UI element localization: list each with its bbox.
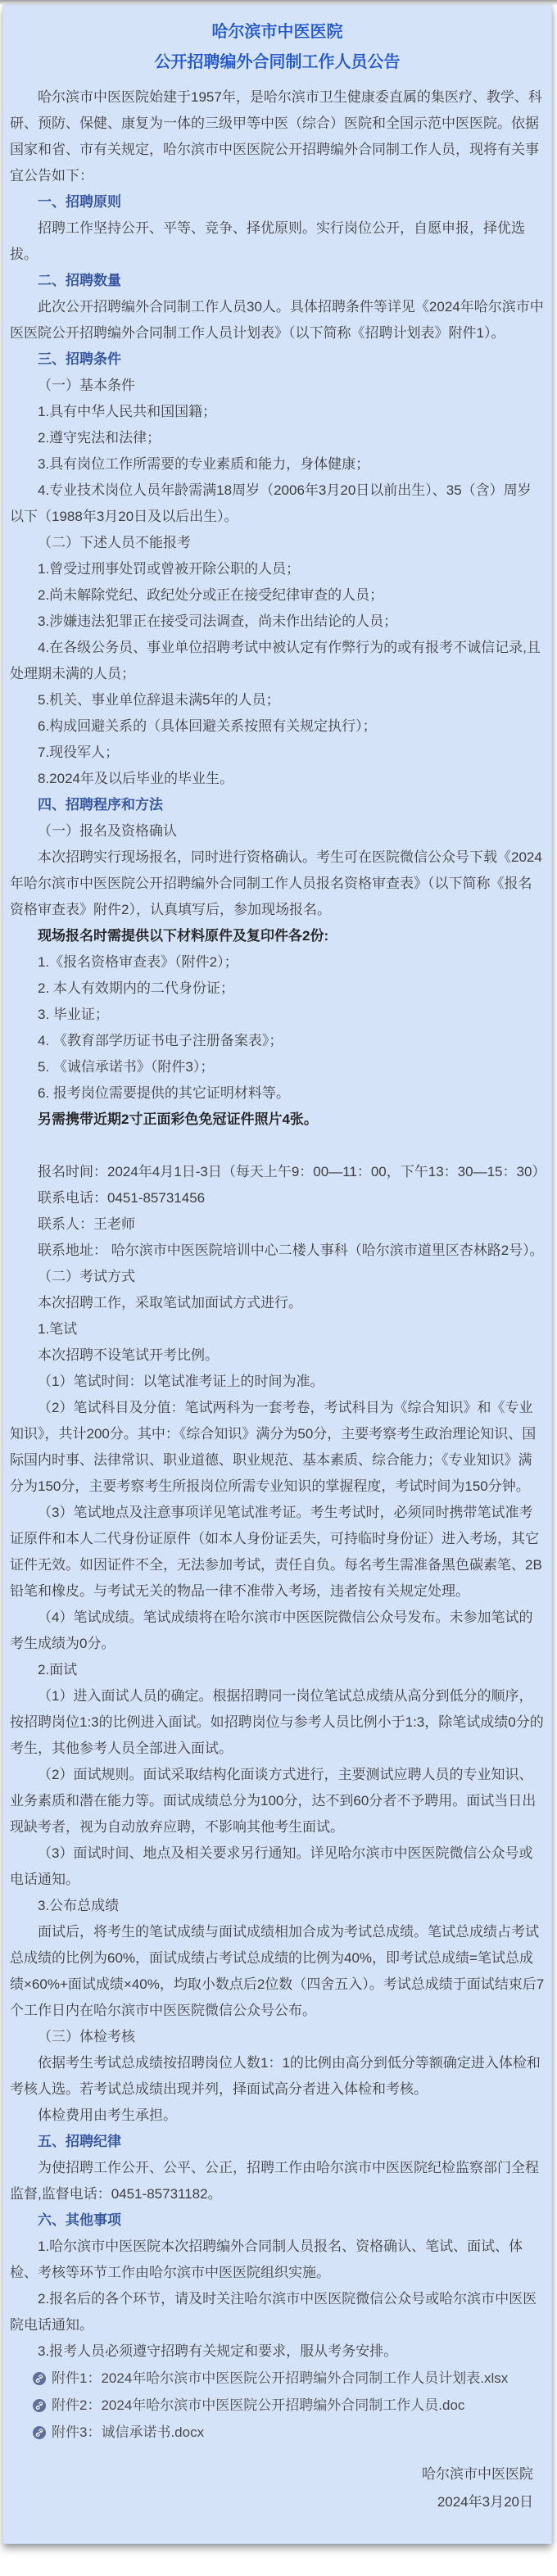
section-heading: 二、招聘数量 bbox=[10, 268, 545, 294]
paragraph: 另需携带近期2寸正面彩色免冠证件照片4张。 bbox=[10, 1107, 545, 1133]
paragraph: 招聘工作坚持公开、平等、竞争、择优原则。实行岗位公开，自愿申报，择优选拔。 bbox=[10, 215, 545, 268]
signature-line: 哈尔滨市中医医院 bbox=[10, 2461, 545, 2488]
paragraph: （1）进入面试人员的确定。根据招聘同一岗位笔试总成绩从高分到低分的顺序，按招聘岗… bbox=[10, 1683, 545, 1762]
paragraph: （2）面试规则。面试采取结构化面谈方式进行，主要测试应聘人员的专业知识、业务素质… bbox=[10, 1762, 545, 1840]
paragraph: 体检费用由考生承担。 bbox=[10, 2103, 545, 2129]
paragraph: 2.尚未解除党纪、政纪处分或正在接受纪律审查的人员； bbox=[10, 582, 545, 609]
section-heading: 四、招聘程序和方法 bbox=[10, 792, 545, 818]
paragraph: 2.报名后的各个环节，请及时关注哈尔滨市中医医院微信公众号或哈尔滨市中医医院电话… bbox=[10, 2286, 545, 2338]
paragraph: 1.曾受过刑事处罚或曾被开除公职的人员； bbox=[10, 556, 545, 582]
paragraph: 为使招聘工作公开、公平、公正，招聘工作由哈尔滨市中医医院纪检监察部门全程监督,监… bbox=[10, 2155, 545, 2207]
paragraph: 3.报考人员必须遵守招聘有关规定和要求，服从考务安排。 bbox=[10, 2338, 545, 2365]
attachment-link-icon bbox=[33, 2426, 46, 2439]
attachment-link[interactable]: 附件3：诚信承诺书.docx bbox=[33, 2419, 545, 2446]
paragraph: 现场报名时需提供以下材料原件及复印件各2份: bbox=[10, 923, 545, 949]
paragraph: 面试后，将考生的笔试成绩与面试成绩相加合成为考试总成绩。笔试总成绩占考试总成绩的… bbox=[10, 1919, 545, 2024]
signature-line: 2024年3月20日 bbox=[10, 2488, 545, 2516]
paragraph: 本次招聘不设笔试开考比例。 bbox=[10, 1342, 545, 1369]
paragraph: 6. 报考岗位需要提供的其它证明材料等。 bbox=[10, 1080, 545, 1107]
paragraph: （1）笔试时间：以笔试准考证上的时间为准。 bbox=[10, 1369, 545, 1395]
announcement-panel: 哈尔滨市中医医院 公开招聘编外合同制工作人员公告 哈尔滨市中医医院始建于1957… bbox=[2, 5, 552, 2544]
attachment-link-icon bbox=[33, 2372, 46, 2385]
paragraph: 8.2024年及以后毕业的毕业生。 bbox=[10, 766, 545, 792]
paragraph: （3）面试时间、地点及相关要求另行通知。详见哈尔滨市中医医院微信公众号或电话通知… bbox=[10, 1840, 545, 1893]
paragraph: 联系人：王老师 bbox=[10, 1211, 545, 1238]
attachment-link[interactable]: 附件1：2024年哈尔滨市中医医院公开招聘编外合同制工作人员计划表.xlsx bbox=[33, 2365, 545, 2392]
paragraph: 2.面试 bbox=[10, 1657, 545, 1683]
paragraph: 依据考生考试总成绩按招聘岗位人数1：1的比例由高分到低分等额确定进入体检和考核人… bbox=[10, 2050, 545, 2103]
paragraph: （3）笔试地点及注意事项详见笔试准考证。考生考试时，必须同时携带笔试准考证原件和… bbox=[10, 1500, 545, 1605]
paragraph: 6.构成回避关系的（具体回避关系按照有关规定执行）； bbox=[10, 713, 545, 740]
attachment-link[interactable]: 附件2：2024年哈尔滨市中医医院公开招聘编外合同制工作人员.doc bbox=[33, 2392, 545, 2419]
paragraph: 3.具有岗位工作所需要的专业素质和能力，身体健康； bbox=[10, 451, 545, 478]
paragraph: 5.机关、事业单位辞退未满5年的人员； bbox=[10, 687, 545, 713]
paragraph: 2. 本人有效期内的二代身份证； bbox=[10, 976, 545, 1002]
section-heading: 一、招聘原则 bbox=[10, 189, 545, 215]
paragraph: 5. 《诚信承诺书》（附件3）； bbox=[10, 1054, 545, 1080]
doc-body: 哈尔滨市中医医院始建于1957年，是哈尔滨市卫生健康委直属的集医疗、教学、科研、… bbox=[10, 84, 545, 2516]
section-heading: 三、招聘条件 bbox=[10, 346, 545, 373]
announcement-page: 哈尔滨市中医医院 公开招聘编外合同制工作人员公告 哈尔滨市中医医院始建于1957… bbox=[0, 0, 557, 2576]
spacer bbox=[10, 2446, 545, 2461]
paragraph: （二）下述人员不能报考 bbox=[10, 530, 545, 556]
paragraph: 4. 《教育部学历证书电子注册备案表》； bbox=[10, 1028, 545, 1054]
paragraph: 1.《报名资格审查表》（附件2）； bbox=[10, 949, 545, 976]
paragraph: 1.具有中华人民共和国国籍； bbox=[10, 399, 545, 425]
paragraph: 2.遵守宪法和法律； bbox=[10, 425, 545, 451]
paragraph: 本次招聘工作，采取笔试加面试方式进行。 bbox=[10, 1290, 545, 1316]
attachment-label[interactable]: 附件3：诚信承诺书.docx bbox=[52, 2419, 204, 2446]
doc-title-line2: 公开招聘编外合同制工作人员公告 bbox=[10, 48, 545, 78]
section-heading: 五、招聘纪律 bbox=[10, 2129, 545, 2155]
paragraph: 3. 毕业证； bbox=[10, 1002, 545, 1028]
paragraph: 4.在各级公务员、事业单位招聘考试中被认定有作弊行为的或有报考不诚信记录,且处理… bbox=[10, 635, 545, 687]
attachment-label[interactable]: 附件1：2024年哈尔滨市中医医院公开招聘编外合同制工作人员计划表.xlsx bbox=[52, 2365, 508, 2392]
paragraph: 1.哈尔滨市中医医院本次招聘编外合同制人员报名、资格确认、笔试、面试、体检、考核… bbox=[10, 2234, 545, 2286]
paragraph: （4）笔试成绩。笔试成绩将在哈尔滨市中医医院微信公众号发布。未参加笔试的考生成绩… bbox=[10, 1605, 545, 1657]
paragraph: 4.专业技术岗位人员年龄需满18周岁（2006年3月20日以前出生）、35（含）… bbox=[10, 478, 545, 530]
paragraph: （2）笔试科目及分值：笔试两科为一套考卷，考试科目为《综合知识》和《专业知识》，… bbox=[10, 1395, 545, 1500]
blank-line bbox=[10, 1133, 545, 1159]
paragraph: 7.现役军人； bbox=[10, 740, 545, 766]
paragraph: 本次招聘实行现场报名，同时进行资格确认。考生可在医院微信公众号下载《2024年哈… bbox=[10, 844, 545, 923]
paragraph: 1.笔试 bbox=[10, 1316, 545, 1342]
paragraph: （一）报名及资格确认 bbox=[10, 818, 545, 844]
paragraph: 联系地址： 哈尔滨市中医医院培训中心二楼人事科（哈尔滨市道里区杏林路2号）。 bbox=[10, 1238, 545, 1264]
paragraph: 3.公布总成绩 bbox=[10, 1893, 545, 1919]
paragraph: 3.涉嫌违法犯罪正在接受司法调查，尚未作出结论的人员； bbox=[10, 609, 545, 635]
doc-title-line1: 哈尔滨市中医医院 bbox=[10, 17, 545, 48]
paragraph: （三）体检考核 bbox=[10, 2024, 545, 2050]
paragraph: （二）考试方式 bbox=[10, 1264, 545, 1290]
section-heading: 六、其他事项 bbox=[10, 2207, 545, 2234]
paragraph: （一）基本条件 bbox=[10, 373, 545, 399]
attachment-link-icon bbox=[33, 2399, 46, 2412]
paragraph: 哈尔滨市中医医院始建于1957年，是哈尔滨市卫生健康委直属的集医疗、教学、科研、… bbox=[10, 84, 545, 189]
paragraph: 此次公开招聘编外合同制工作人员30人。具体招聘条件等详见《2024年哈尔滨市中医… bbox=[10, 294, 545, 346]
attachment-label[interactable]: 附件2：2024年哈尔滨市中医医院公开招聘编外合同制工作人员.doc bbox=[52, 2392, 464, 2419]
paragraph: 报名时间：2024年4月1日-3日（每天上午9：00—11：00，下午13：30… bbox=[10, 1159, 545, 1185]
paragraph: 联系电话：0451-85731456 bbox=[10, 1185, 545, 1211]
